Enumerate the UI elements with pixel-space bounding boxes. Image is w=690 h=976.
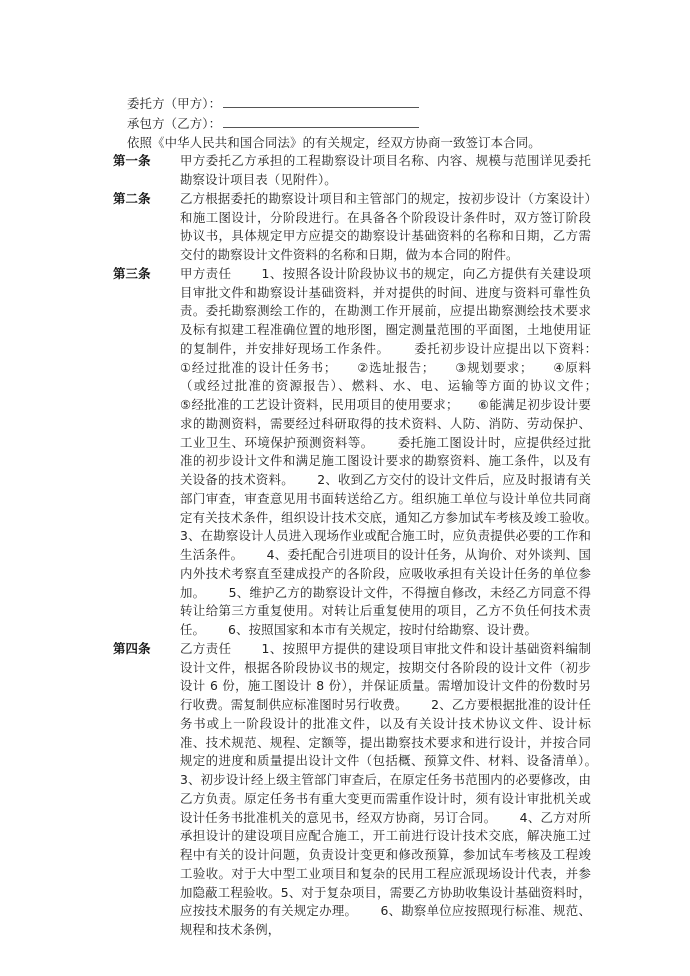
contractor-party-line: 承包方（乙方）： [113, 114, 591, 134]
client-party-blank[interactable] [223, 94, 419, 108]
article-2: 第二条 乙方根据委托的勘察设计项目和主管部门的规定，按初步设计（方案设计）和施工… [113, 190, 591, 265]
article-3-label: 第三条 [113, 265, 180, 284]
article-2-label: 第二条 [113, 190, 180, 209]
client-party-label: 委托方（甲方）： [127, 96, 221, 111]
document-page: 委托方（甲方）： 承包方（乙方）： 依照《中华人民共和国合同法》的有关规定，经双… [0, 0, 690, 976]
article-4-body: 乙方责任 1、按照甲方提供的建设项目审批文件和设计基础资料编制设计文件，根据各阶… [180, 640, 591, 940]
article-1-label: 第一条 [113, 152, 180, 171]
article-1: 第一条 甲方委托乙方承担的工程勘察设计项目名称、内容、规模与范围详见委托勘察设计… [113, 152, 591, 190]
article-4-label: 第四条 [113, 640, 180, 659]
article-1-body: 甲方委托乙方承担的工程勘察设计项目名称、内容、规模与范围详见委托勘察设计项目表（… [180, 152, 591, 190]
contractor-party-label: 承包方（乙方）： [127, 116, 221, 131]
contractor-party-blank[interactable] [223, 114, 419, 128]
article-3-body: 甲方责任 1、按照各设计阶段协议书的规定，向乙方提供有关建设项目审批文件和勘察设… [180, 265, 591, 640]
article-4: 第四条 乙方责任 1、按照甲方提供的建设项目审批文件和设计基础资料编制设计文件，… [113, 640, 591, 940]
article-2-body: 乙方根据委托的勘察设计项目和主管部门的规定，按初步设计（方案设计）和施工图设计，… [180, 190, 591, 265]
preamble: 依照《中华人民共和国合同法》的有关规定，经双方协商一致签订本合同。 [113, 134, 591, 153]
client-party-line: 委托方（甲方）： [113, 94, 591, 114]
article-3: 第三条 甲方责任 1、按照各设计阶段协议书的规定，向乙方提供有关建设项目审批文件… [113, 265, 591, 640]
contract-document: 委托方（甲方）： 承包方（乙方）： 依照《中华人民共和国合同法》的有关规定，经双… [113, 94, 591, 940]
